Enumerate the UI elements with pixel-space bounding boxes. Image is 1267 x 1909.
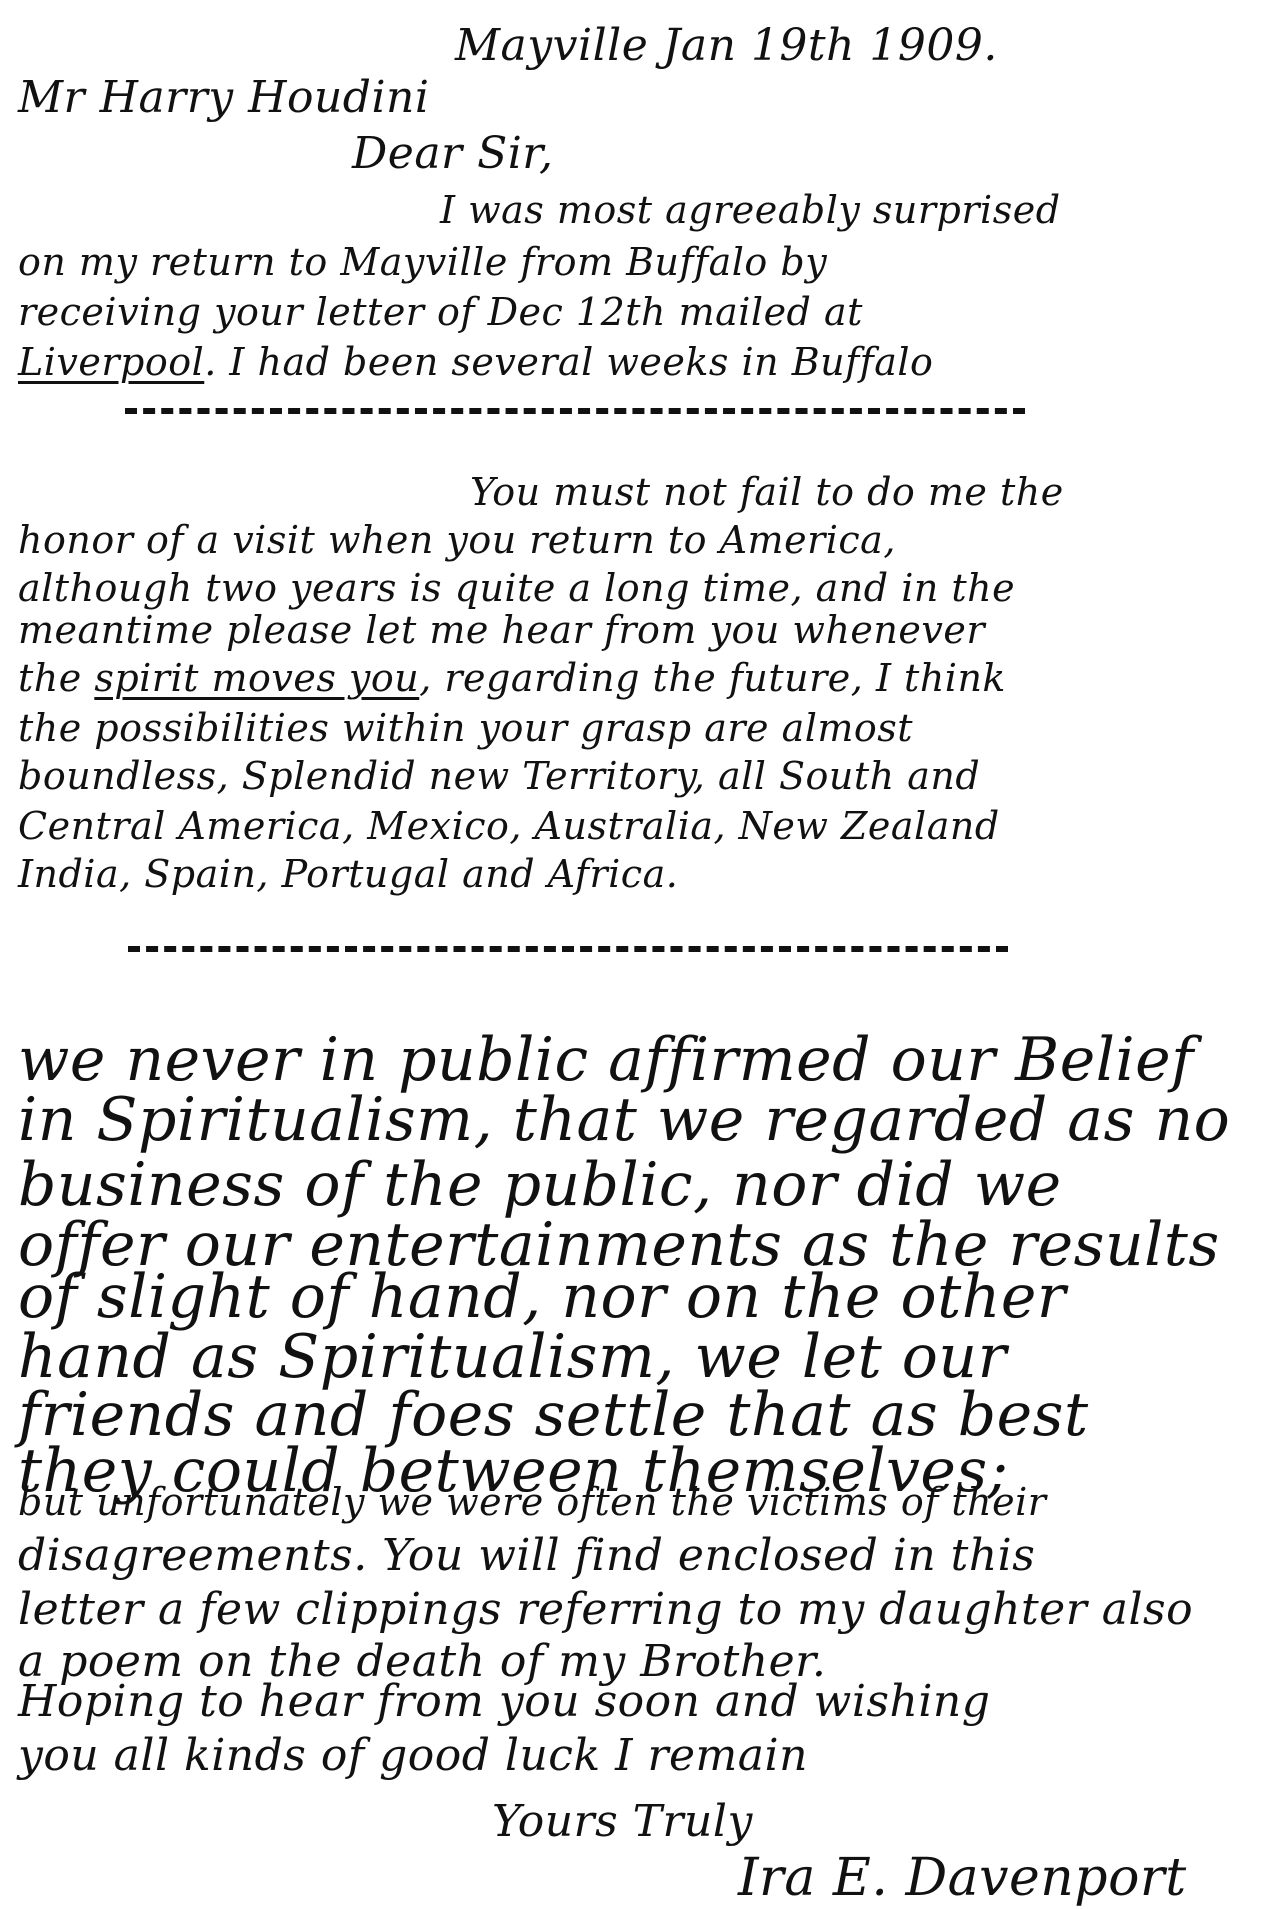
text-line: meantime please let me hear from you whe… [18,608,985,652]
text-line: receiving your letter of Dec 12th mailed… [18,290,863,334]
signature: Ira E. Davenport [738,1848,1187,1908]
text-line: letter a few clippings referring to my d… [18,1584,1193,1635]
closing: Yours Truly [492,1796,753,1847]
text-line: although two years is quite a long time,… [18,566,1015,610]
text-line: Hoping to hear from you soon and wishing [18,1676,990,1727]
text-line: boundless, Splendid new Territory, all S… [18,754,980,798]
salutation: Dear Sir, [352,128,553,179]
underlined-phrase: spirit moves you [94,656,419,700]
underlined-place: Liverpool [18,340,204,384]
section-divider [128,946,1008,952]
text-line: You must not fail to do me the [470,470,1064,514]
text-line: the possibilities within your grasp are … [18,706,913,750]
text-line: in Spiritualism, that we regarded as no [18,1085,1230,1155]
text-line: I was most agreeably surprised [440,188,1061,232]
text-line: disagreements. You will find enclosed in… [18,1530,1035,1581]
text-line: the spirit moves you, regarding the futu… [18,656,1006,700]
text-line: Liverpool. I had been several weeks in B… [18,340,933,384]
text-line: Central America, Mexico, Australia, New … [18,804,1000,848]
dateline: Mayville Jan 19th 1909. [455,20,998,71]
text-line: on my return to Mayville from Buffalo by [18,240,827,284]
section-divider [125,408,1025,414]
text-line: but unfortunately we were often the vict… [18,1480,1046,1524]
text-line: honor of a visit when you return to Amer… [18,518,896,562]
recipient: Mr Harry Houdini [18,72,429,123]
text-line: you all kinds of good luck I remain [18,1730,808,1781]
text-line: India, Spain, Portugal and Africa. [18,852,678,896]
